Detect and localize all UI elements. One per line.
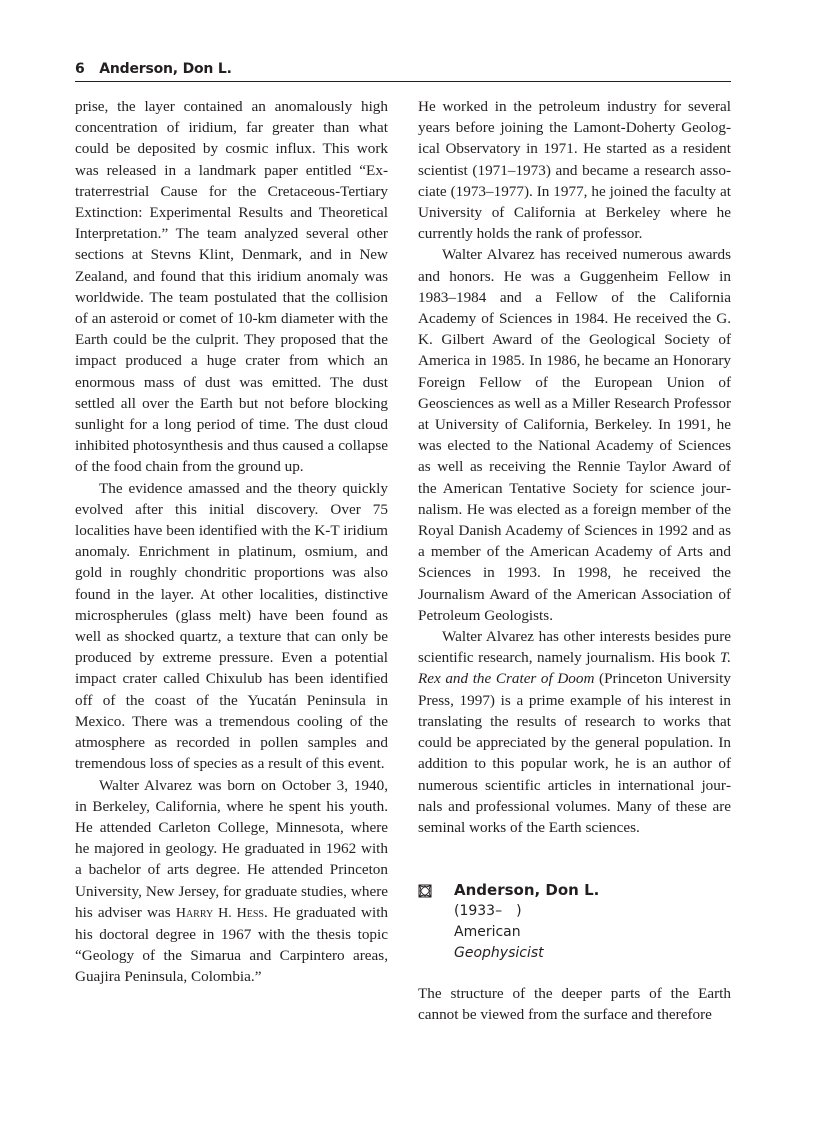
biography-entry-header: Anderson, Don L. (1933– ) American Geoph… <box>418 880 731 964</box>
text-run: (Princeton Univer­sity Press, 1997) is a… <box>418 670 731 835</box>
entry-profession: Geophysicist <box>454 943 731 964</box>
paragraph: He worked in the petroleum industry for … <box>418 96 731 244</box>
text-run: Walter Alvarez was born on October 3, 19… <box>75 777 388 921</box>
entry-body-paragraph: The structure of the deeper parts of the… <box>418 983 731 1025</box>
entry-name: Anderson, Don L. <box>454 880 731 901</box>
header-rule <box>75 81 731 82</box>
entry-dates: (1933– ) <box>454 901 731 922</box>
running-head-title: Anderson, Don L. <box>99 61 231 77</box>
page-number: 6 <box>75 61 85 77</box>
book-paragraph: Walter Alvarez has other interests besid… <box>418 626 731 838</box>
bio-paragraph: Walter Alvarez was born on October 3, 19… <box>75 775 388 988</box>
paragraph: The evidence amassed and the theory quic… <box>75 478 388 775</box>
quatrefoil-knot-icon <box>418 884 432 898</box>
entry-nationality: American <box>454 922 731 943</box>
paragraph: prise, the layer contained an anomalousl… <box>75 96 388 478</box>
paragraph: Walter Alvarez has received numerous awa… <box>418 244 731 626</box>
left-column: prise, the layer contained an anomalousl… <box>75 96 388 988</box>
cross-reference-name: Harry H. Hess <box>176 906 264 921</box>
running-head: 6 Anderson, Don L. <box>75 60 731 78</box>
text-run: Walter Alvarez has other interests besid… <box>418 628 731 666</box>
right-column: He worked in the petroleum industry for … <box>418 96 731 838</box>
document-page: 6 Anderson, Don L. prise, the layer cont… <box>0 0 816 1123</box>
